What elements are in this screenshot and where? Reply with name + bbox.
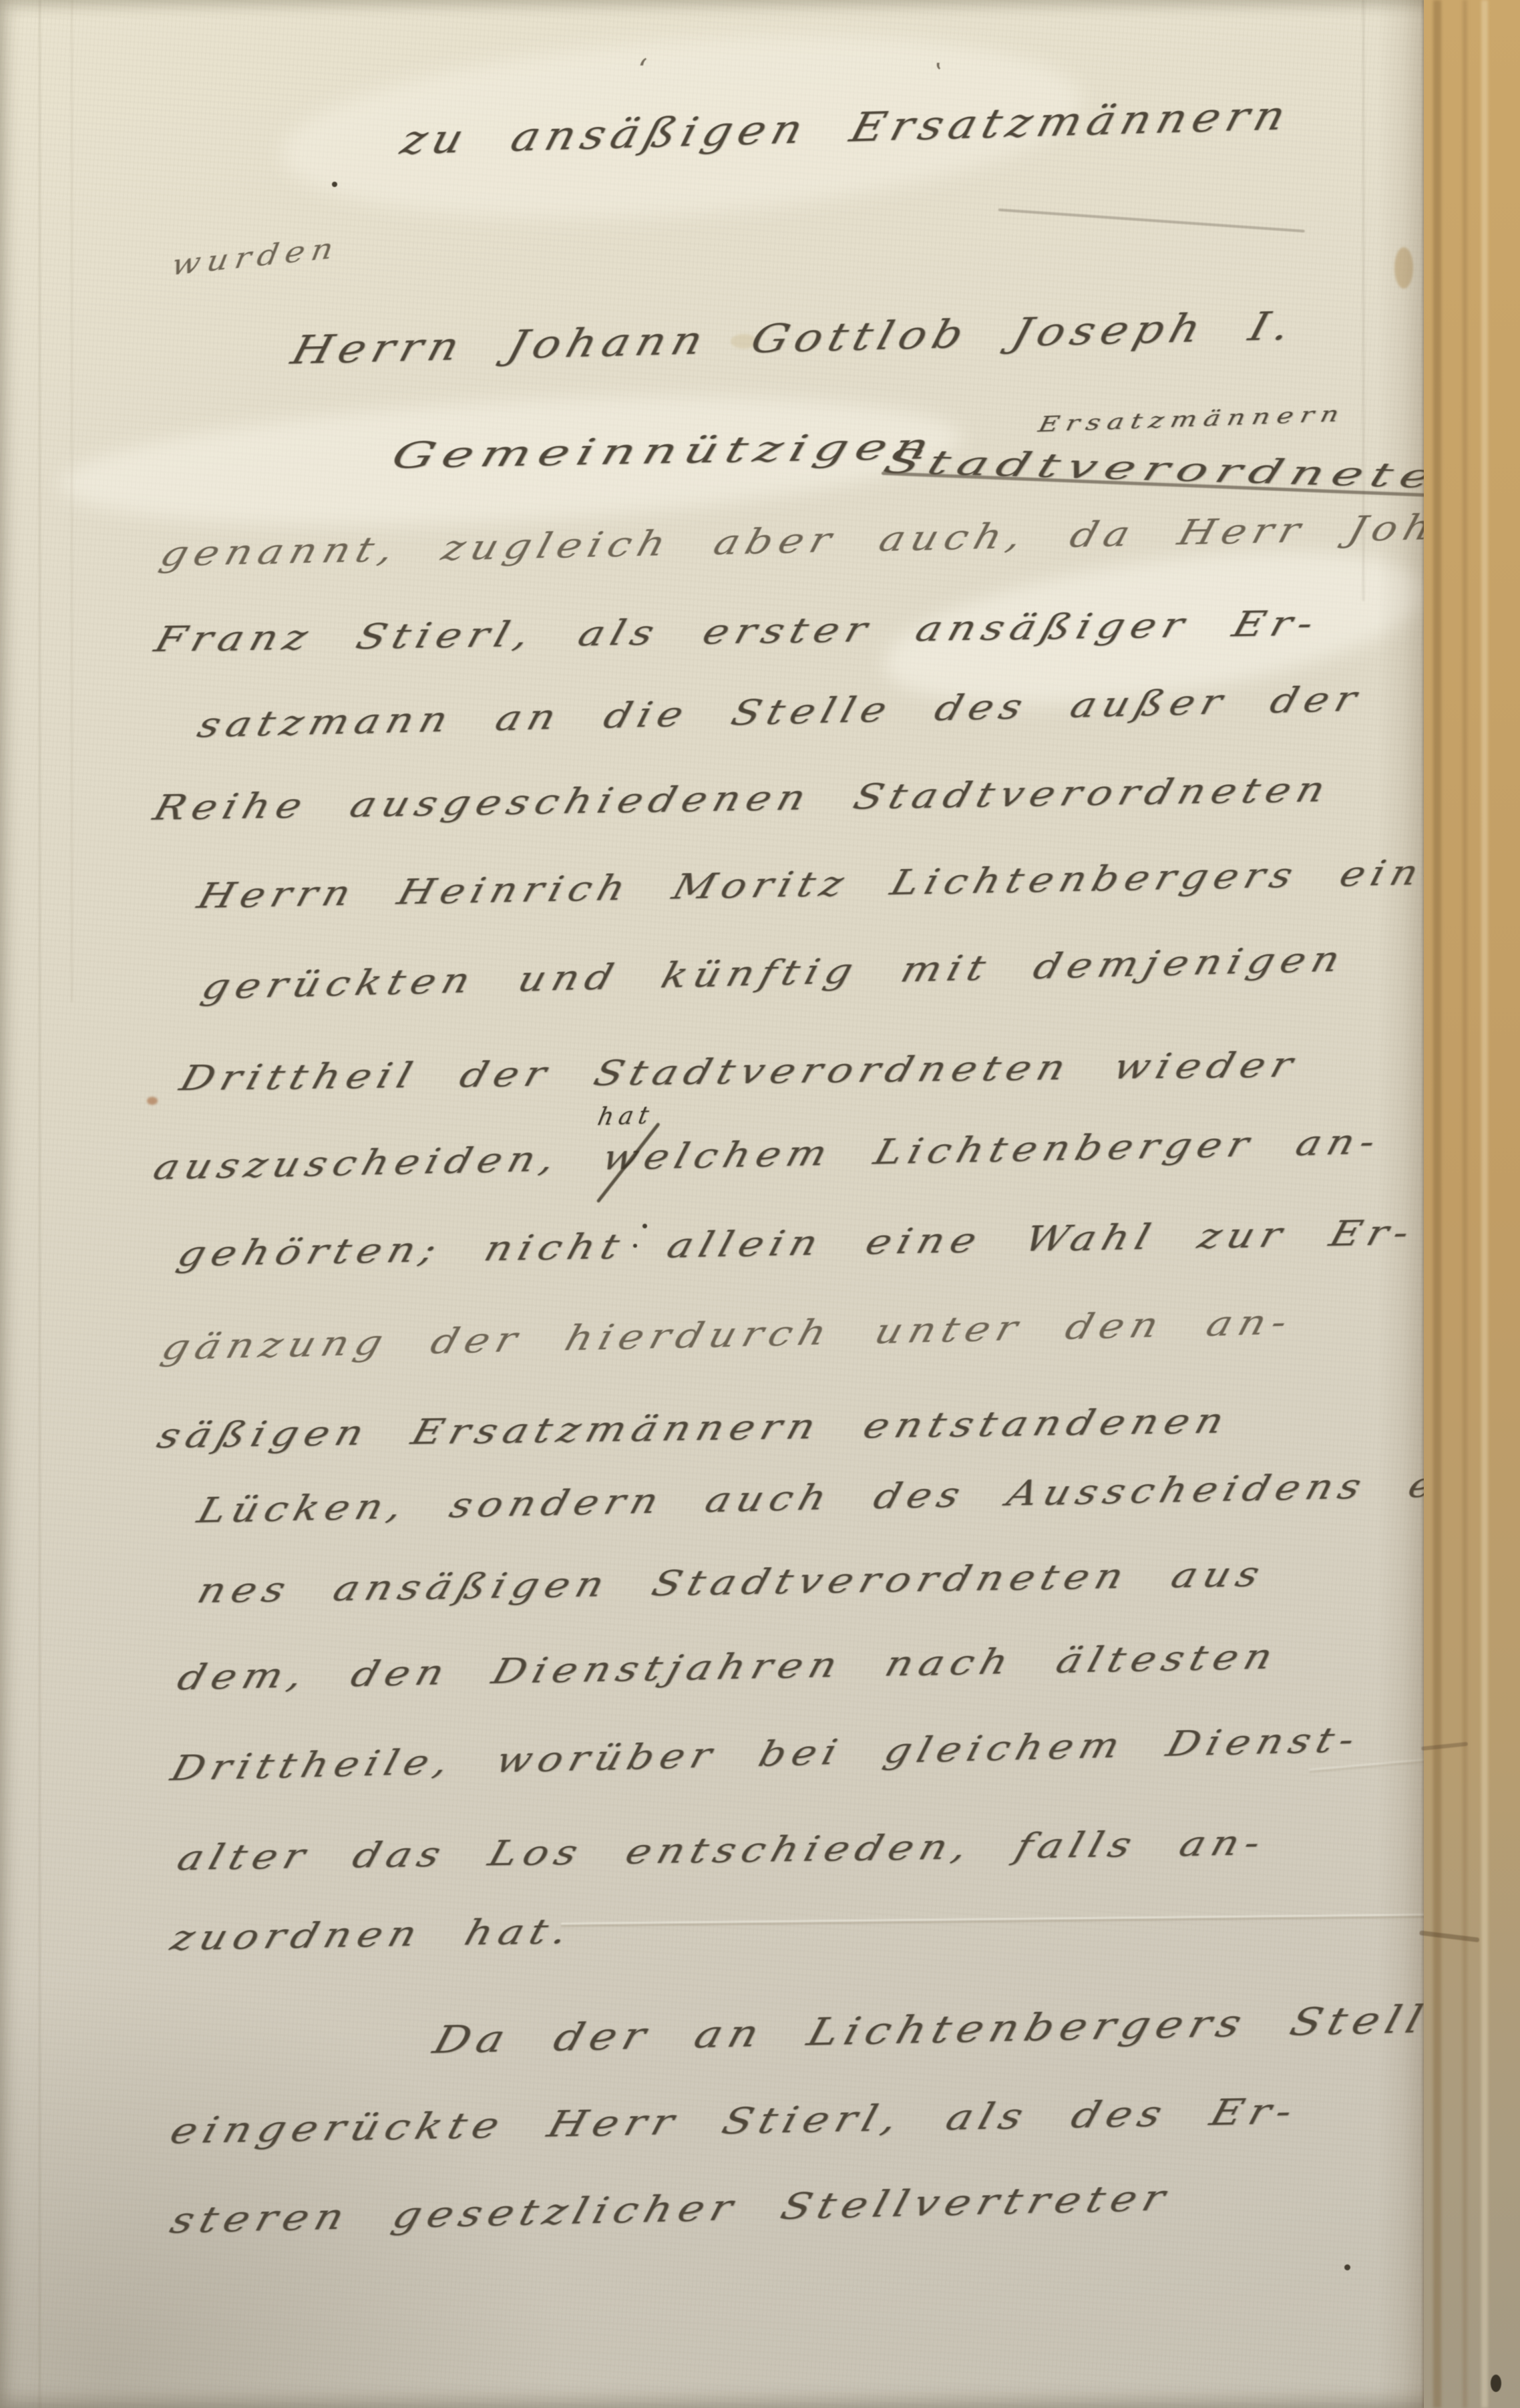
handwritten-line: Lücken, sondern auch des Ausscheidens ei… [193, 1464, 1485, 1532]
flourish-mark: ʽ [934, 59, 942, 90]
ink-speck [332, 182, 337, 187]
inserted-word-hat: hat [595, 1101, 656, 1131]
handwritten-line-heading-3: Herrn Johann Gottlob Joseph I. [287, 303, 1302, 373]
handwritten-line: gänzung der hierdurch unter den an- [157, 1303, 1298, 1369]
edge-streak [1433, 0, 1441, 2408]
corner-shadow [0, 1940, 601, 2408]
fold-crease-horizontal [561, 1914, 1429, 1927]
inserted-word-above-strike: Ersatzmännern [1036, 401, 1348, 437]
handwritten-line: gerückten und künftig mit demjenigen [197, 939, 1350, 1007]
handwritten-line: Drittheil der Stadtverordneten wieder [175, 1045, 1304, 1099]
handwritten-line: nes ansäßigen Stadtverordneten aus [193, 1554, 1271, 1611]
handwritten-line: dem, den Dienstjahren nach ältesten [173, 1637, 1284, 1698]
handwritten-line: zuordnen hat. [166, 1912, 579, 1959]
struck-word: Stadtverordneten [879, 442, 1487, 497]
ink-flourish-tail [998, 208, 1305, 232]
handwritten-line: Herrn Heinrich Moritz Lichtenbergers ein… [193, 852, 1449, 916]
handwritten-line-heading-4: Gemeinnützigen [387, 425, 942, 477]
edge-crease-notch [1419, 1930, 1479, 1942]
underlying-page-edge [1424, 0, 1520, 2408]
fold-crease-vertical [71, 0, 73, 1002]
handwritten-line-closing: steren gesetzlicher Stellvertreter [166, 2176, 1176, 2241]
ink-blot [1491, 2375, 1501, 2392]
edge-streak [1463, 0, 1467, 2408]
edge-streak [1481, 0, 1488, 2408]
handwritten-line: Franz Stierl, als erster ansäßiger Er- [150, 604, 1324, 661]
foxing-spot [147, 1097, 158, 1105]
handwritten-line-closing: eingerückte Herr Stierl, als des Er- [166, 2090, 1304, 2152]
edge-crease-notch [1421, 1742, 1468, 1751]
handwritten-line: gehörten; nicht allein eine Wahl zur Er- [173, 1213, 1420, 1275]
handwritten-line-heading-2: wurden [169, 231, 342, 283]
handwritten-line-heading-1: zu ansäßigen Ersatzmännern [396, 92, 1297, 164]
foxing-spot [1394, 247, 1413, 289]
page-curl-shadow [1377, 0, 1424, 2408]
handwritten-line: Reihe ausgeschiedenen Stadtverordneten [149, 769, 1336, 828]
handwritten-line: säßigen Ersatzmännern entstandenen [152, 1401, 1234, 1457]
flourish-mark: ʻ [638, 52, 648, 88]
handwritten-line: auszuscheiden, welchem Lichtenberger an- [149, 1122, 1386, 1188]
handwritten-line: Drittheile, worüber bei gleichem Dienst- [166, 1720, 1365, 1789]
ink-speck [1344, 2264, 1350, 2270]
handwritten-line: satzmann an die Stelle des außer der [193, 679, 1367, 745]
handwritten-line: alter das Los entschieden, falls an- [172, 1823, 1271, 1878]
handwritten-line: genannt, zugleich aber auch, da Herr Joh… [156, 506, 1520, 574]
manuscript-page: zu ansäßigen Ersatzmännern ʻ ʽ wurden He… [0, 0, 1520, 2408]
fold-crease-vertical [39, 0, 41, 2408]
handwritten-line-closing: Da der an Lichtenbergers Stelle [428, 1997, 1466, 2063]
